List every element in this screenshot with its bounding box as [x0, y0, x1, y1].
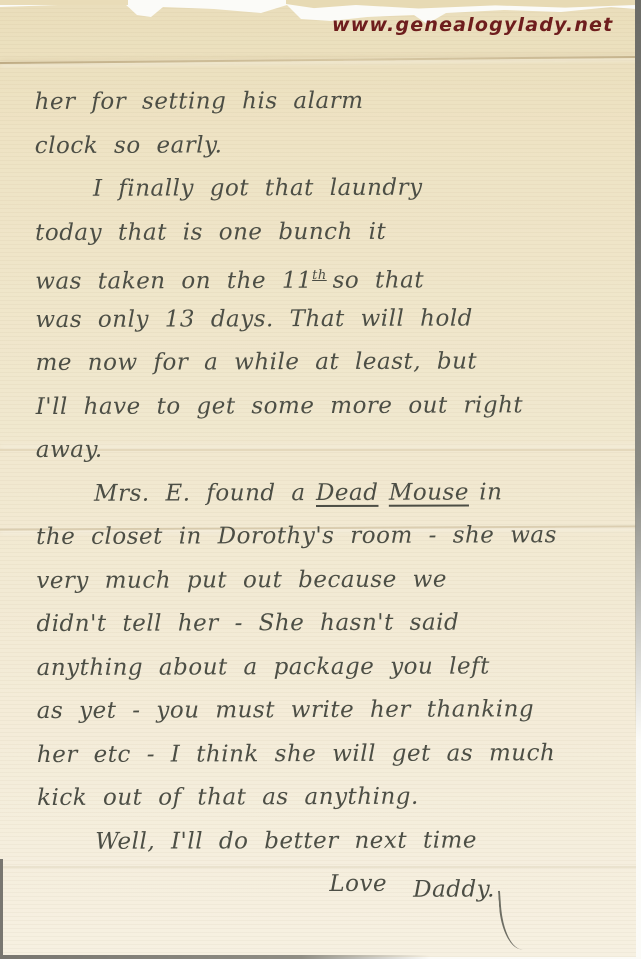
- ordinal-suffix: th: [312, 268, 327, 283]
- line-text: in: [479, 479, 502, 505]
- handwritten-line: I'll have to get some more out right: [36, 383, 616, 429]
- torn-edge-fragment: [0, 0, 128, 5]
- handwritten-line: away.: [36, 427, 616, 473]
- handwritten-line: I finally got that laundry: [35, 166, 615, 212]
- handwritten-line: Mrs. E. found aDeadMousein: [36, 470, 616, 516]
- line-text: Mrs. E. found a: [94, 480, 306, 507]
- handwritten-line: didn't tell her - She hasn't said: [36, 601, 616, 647]
- line-text: so that: [333, 267, 425, 293]
- handwritten-line: was taken on the 11thso that: [35, 253, 615, 299]
- handwritten-line: Well, I'll do better next time: [37, 818, 617, 864]
- handwritten-line: very much put out because we: [36, 557, 616, 603]
- handwritten-line: her for setting his alarm: [35, 79, 615, 125]
- handwritten-line: the closet in Dorothy's room - she was: [36, 514, 616, 560]
- handwritten-line: today that is one bunch it: [35, 209, 615, 255]
- letter-body: her for setting his alarm clock so early…: [35, 79, 618, 908]
- torn-edge-fragment: [286, 0, 635, 9]
- signature-line: LoveDaddy.: [37, 862, 617, 908]
- handwritten-line: as yet - you must write her thanking: [37, 688, 617, 734]
- handwritten-line: kick out of that as anything.: [37, 775, 617, 821]
- scanner-edge-shadow: [635, 0, 641, 740]
- signature-love: Love: [329, 871, 387, 897]
- handwritten-line: her etc - I think she will get as much: [37, 731, 617, 777]
- signature-daddy: Daddy.: [413, 868, 495, 912]
- handwritten-line: was only 13 days. That will hold: [35, 296, 615, 342]
- handwritten-line: clock so early.: [35, 122, 615, 168]
- underlined-word: Mouse: [389, 479, 469, 505]
- scanner-edge-shadow: [0, 859, 3, 959]
- letter-scan: www.genealogylady.net her for setting hi…: [0, 0, 641, 959]
- underlined-word: Dead: [316, 479, 379, 505]
- watermark-text: www.genealogylady.net: [332, 14, 613, 36]
- line-text: was taken on the 11: [35, 268, 312, 295]
- handwritten-line: me now for a while at least, but: [35, 340, 615, 386]
- handwritten-line: anything about a package you left: [37, 644, 617, 690]
- scanner-edge-shadow: [0, 955, 430, 959]
